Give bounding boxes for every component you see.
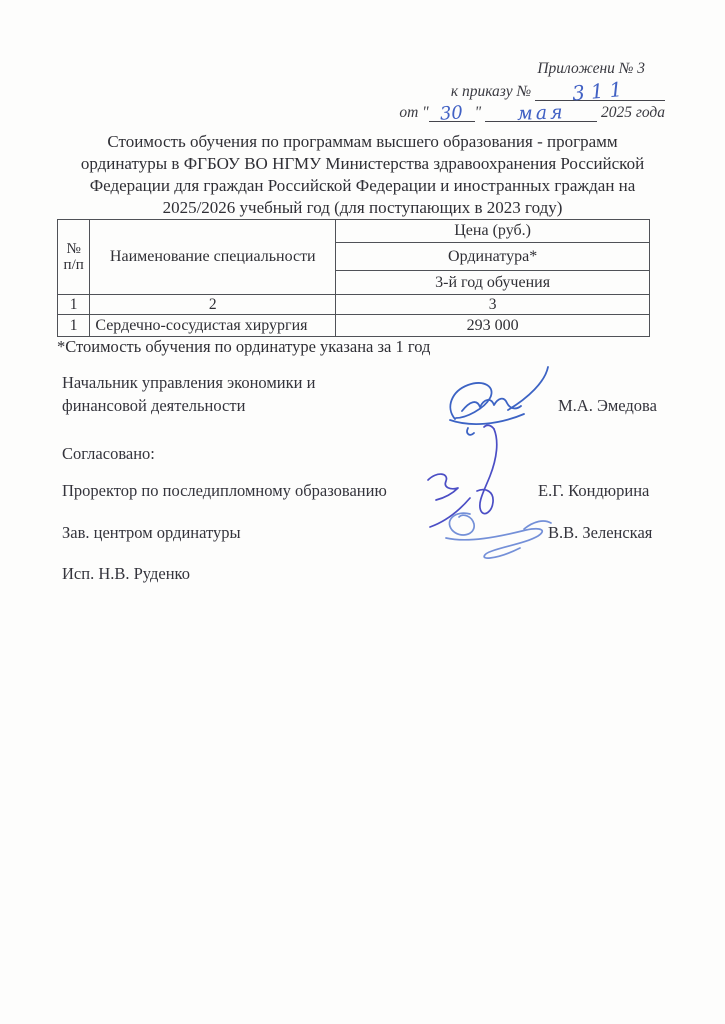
title-line-1: Стоимость обучения по программам высшего… [0, 131, 725, 153]
header-block: Приложени № 3 к приказу № 311 от "30" ма… [399, 58, 665, 123]
row-price: 293 000 [336, 315, 650, 337]
header-cell-num: № п/п [58, 220, 90, 295]
order-number-handwritten: 311 [571, 79, 629, 104]
agreed-label: Согласовано: [62, 444, 155, 464]
colnum-3: 3 [336, 295, 650, 315]
role-vice-rector: Проректор по последипломному образованию [62, 481, 387, 501]
signature-kondyurina [428, 425, 497, 527]
month-blank: мая [485, 102, 597, 122]
num-header-line1: № [60, 241, 87, 257]
order-prefix: к приказу № [451, 83, 531, 100]
role-economics-line1: Начальник управления экономики и [62, 373, 315, 393]
header-cell-specialty: Наименование специальности [90, 220, 336, 295]
order-number-blank: 311 [535, 79, 665, 101]
date-quote: " [475, 104, 482, 121]
scanned-document-page: Приложени № 3 к приказу № 311 от "30" ма… [0, 0, 725, 1024]
signer-name-zelenskaya: В.В. Зеленская [548, 523, 652, 543]
month-handwritten: мая [516, 103, 565, 124]
executor-label: Исп. Н.В. Руденко [62, 564, 190, 584]
row-num: 1 [58, 315, 90, 337]
signer-name-kondyurina: Е.Г. Кондюрина [538, 481, 649, 501]
day-blank: 30 [429, 103, 475, 122]
table-row: 1 Сердечно-сосудистая хирургия 293 000 [58, 315, 650, 337]
price-table: № п/п Наименование специальности Цена (р… [57, 219, 650, 337]
row-specialty: Сердечно-сосудистая хирургия [90, 315, 336, 337]
order-line: к приказу № 311 [399, 79, 665, 102]
day-handwritten: 30 [440, 104, 464, 124]
date-suffix: 2025 года [601, 104, 665, 121]
document-title: Стоимость обучения по программам высшего… [0, 131, 725, 219]
header-cell-price: Цена (руб.) [336, 220, 650, 243]
colnum-2: 2 [90, 295, 336, 315]
colnum-1: 1 [58, 295, 90, 315]
num-header-line2: п/п [60, 257, 87, 273]
date-prefix: от " [399, 104, 428, 121]
title-line-4: 2025/2026 учебный год (для поступающих в… [0, 197, 725, 219]
role-economics-line2: финансовой деятельности [62, 396, 245, 416]
title-line-3: Федерации для граждан Российской Федерац… [0, 175, 725, 197]
column-number-row: 1 2 3 [58, 295, 650, 315]
role-residency-head: Зав. центром ординатуры [62, 523, 241, 543]
date-line: от "30" мая 2025 года [399, 102, 665, 123]
footnote: *Стоимость обучения по ординатуре указан… [57, 337, 430, 357]
signature-zelenskaya [446, 513, 551, 558]
header-cell-year: 3-й год обучения [336, 271, 650, 295]
signer-name-emedova: М.А. Эмедова [558, 396, 657, 416]
title-line-2: ординатуры в ФГБОУ ВО НГМУ Министерства … [0, 153, 725, 175]
header-cell-program: Ординатура* [336, 243, 650, 271]
signature-emedova [450, 367, 548, 435]
